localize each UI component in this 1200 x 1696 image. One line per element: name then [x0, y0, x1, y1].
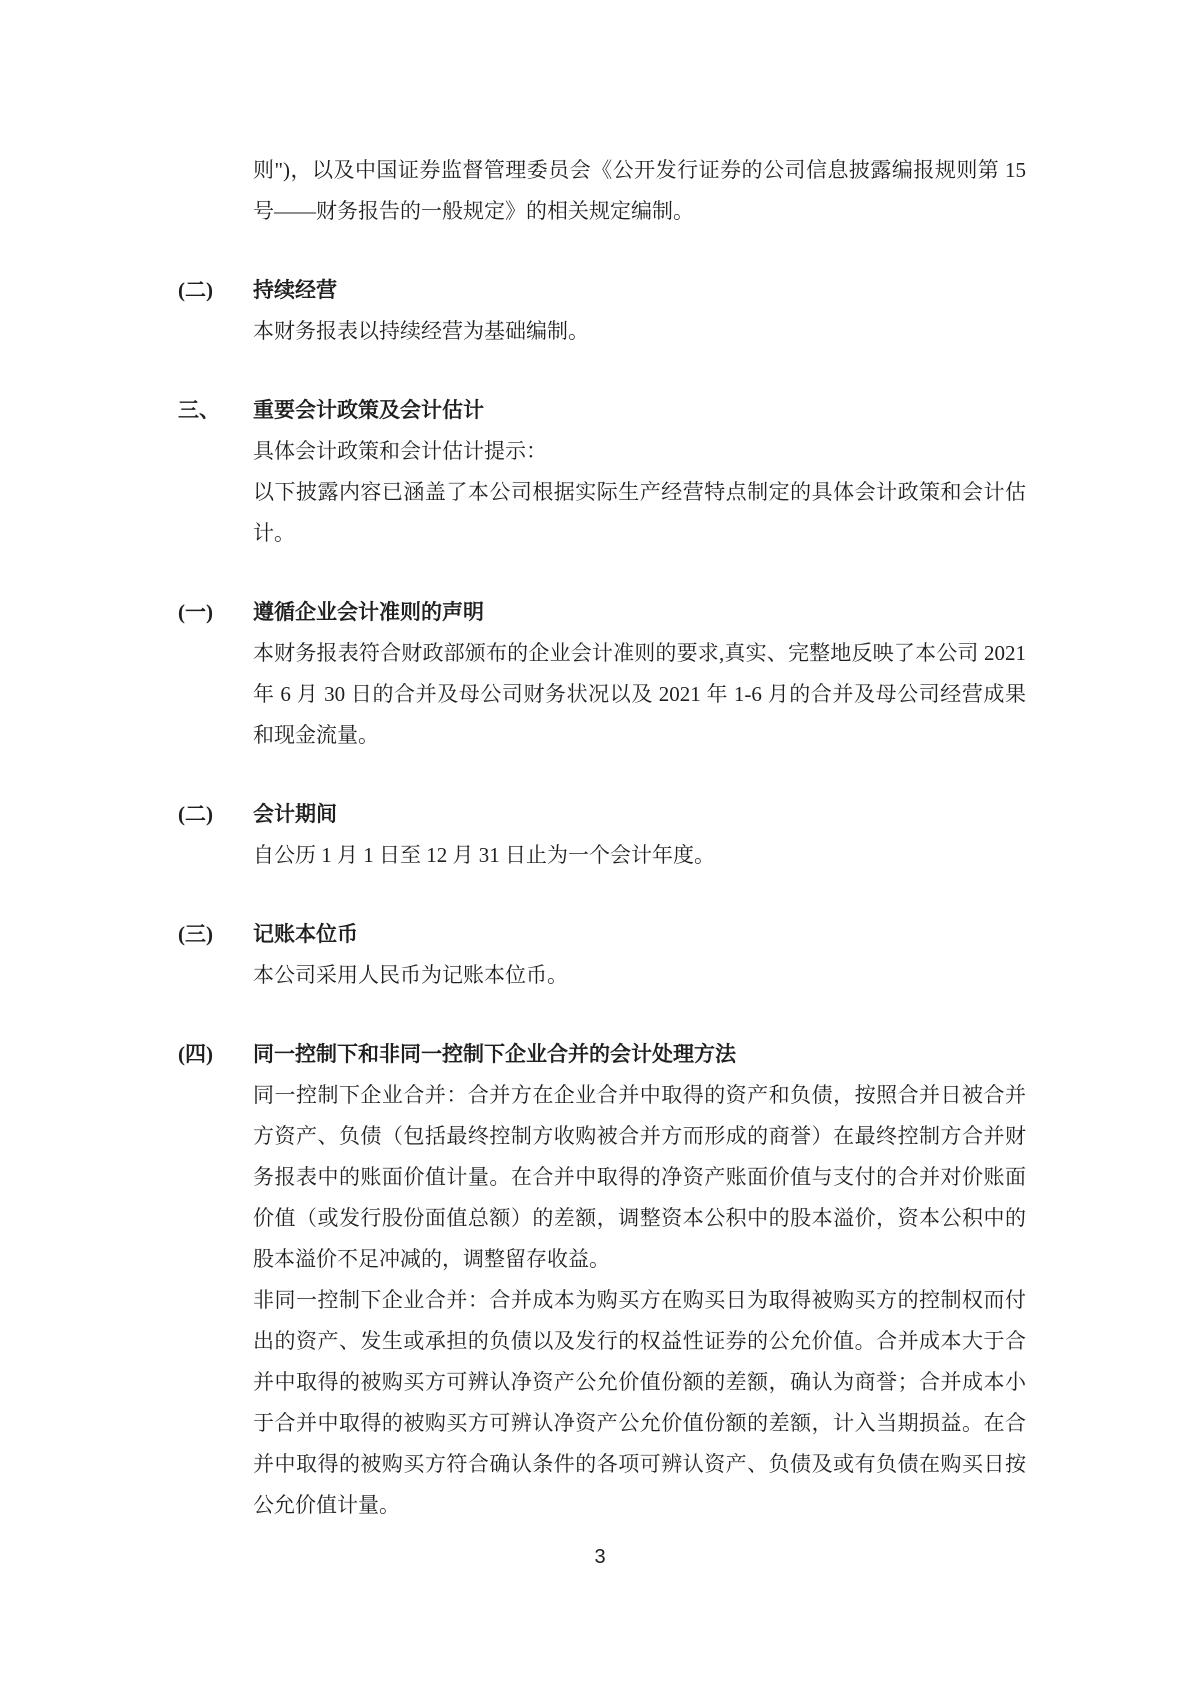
chapter-accounting-policies: 三、 重要会计政策及会计估计 具体会计政策和会计估计提示： 以下披露内容已涵盖了… — [178, 390, 1026, 554]
body-paragraph: 自公历 1 月 1 日至 12 月 31 日止为一个会计年度。 — [253, 835, 1026, 876]
section-title: 遵循企业会计准则的声明 — [253, 592, 484, 633]
section-functional-currency: (三) 记账本位币 本公司采用人民币为记账本位币。 — [178, 914, 1026, 996]
section-heading: (四) 同一控制下和非同一控制下企业合并的会计处理方法 — [178, 1034, 1026, 1075]
section-label: (二) — [178, 270, 253, 311]
section-title: 记账本位币 — [253, 914, 358, 955]
body-paragraph: 具体会计政策和会计估计提示： — [253, 431, 1026, 472]
section-heading: (一) 遵循企业会计准则的声明 — [178, 592, 1026, 633]
body-paragraph: 本财务报表以持续经营为基础编制。 — [253, 311, 1026, 352]
section-body: 本财务报表以持续经营为基础编制。 — [253, 311, 1026, 352]
section-body: 同一控制下企业合并：合并方在企业合并中取得的资产和负债，按照合并日被合并方资产、… — [253, 1075, 1026, 1526]
page-content: 则")，以及中国证券监督管理委员会《公开发行证券的公司信息披露编报规则第 15 … — [178, 150, 1026, 1526]
body-paragraph: 本财务报表符合财政部颁布的企业会计准则的要求,真实、完整地反映了本公司 2021… — [253, 633, 1026, 756]
body-paragraph: 非同一控制下企业合并：合并成本为购买方在购买日为取得被购买方的控制权而付出的资产… — [253, 1280, 1026, 1526]
section-label: (二) — [178, 794, 253, 835]
section-heading: (二) 会计期间 — [178, 794, 1026, 835]
section-title: 同一控制下和非同一控制下企业合并的会计处理方法 — [253, 1034, 736, 1075]
section-label: (四) — [178, 1034, 253, 1075]
chapter-label: 三、 — [178, 390, 253, 431]
document-page: 则")，以及中国证券监督管理委员会《公开发行证券的公司信息披露编报规则第 15 … — [0, 0, 1200, 1696]
section-title: 持续经营 — [253, 270, 337, 311]
chapter-heading: 三、 重要会计政策及会计估计 — [178, 390, 1026, 431]
section-compliance-statement: (一) 遵循企业会计准则的声明 本财务报表符合财政部颁布的企业会计准则的要求,真… — [178, 592, 1026, 756]
body-paragraph: 同一控制下企业合并：合并方在企业合并中取得的资产和负债，按照合并日被合并方资产、… — [253, 1075, 1026, 1280]
body-paragraph: 本公司采用人民币为记账本位币。 — [253, 955, 1026, 996]
section-body: 自公历 1 月 1 日至 12 月 31 日止为一个会计年度。 — [253, 835, 1026, 876]
body-paragraph: 以下披露内容已涵盖了本公司根据实际生产经营特点制定的具体会计政策和会计估计。 — [253, 472, 1026, 554]
continuation-paragraph: 则")，以及中国证券监督管理委员会《公开发行证券的公司信息披露编报规则第 15 … — [253, 150, 1026, 232]
section-body: 本公司采用人民币为记账本位币。 — [253, 955, 1026, 996]
section-heading: (三) 记账本位币 — [178, 914, 1026, 955]
section-going-concern: (二) 持续经营 本财务报表以持续经营为基础编制。 — [178, 270, 1026, 352]
section-business-combinations: (四) 同一控制下和非同一控制下企业合并的会计处理方法 同一控制下企业合并：合并… — [178, 1034, 1026, 1526]
section-label: (三) — [178, 914, 253, 955]
section-heading: (二) 持续经营 — [178, 270, 1026, 311]
chapter-body: 具体会计政策和会计估计提示： 以下披露内容已涵盖了本公司根据实际生产经营特点制定… — [253, 431, 1026, 554]
section-body: 本财务报表符合财政部颁布的企业会计准则的要求,真实、完整地反映了本公司 2021… — [253, 633, 1026, 756]
section-label: (一) — [178, 592, 253, 633]
page-number: 3 — [0, 1545, 1200, 1569]
chapter-title: 重要会计政策及会计估计 — [253, 390, 484, 431]
section-title: 会计期间 — [253, 794, 337, 835]
section-accounting-period: (二) 会计期间 自公历 1 月 1 日至 12 月 31 日止为一个会计年度。 — [178, 794, 1026, 876]
